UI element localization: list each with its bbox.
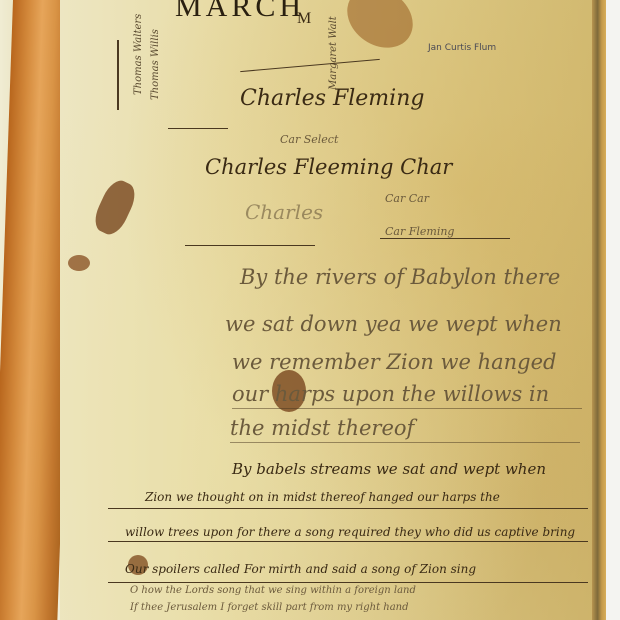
margin-note-3: Margaret Walt [328, 16, 339, 90]
background-right [606, 0, 620, 620]
heading-title: MARCH [175, 0, 305, 24]
verse2-line4: Our spoilers called For mirth and said a… [125, 562, 476, 576]
rule [108, 508, 588, 509]
verse2-line1: By babels streams we sat and wept when [232, 460, 546, 478]
verse2-line2: Zion we thought on in midst thereof hang… [145, 490, 500, 504]
rule [232, 408, 582, 409]
signature-1: Charles Fleming [240, 86, 424, 111]
rule [108, 582, 588, 583]
verse2-line6: If thee Jerusalem I forget skill part fr… [130, 602, 409, 613]
rule [168, 128, 228, 129]
signature-2: Car Select [280, 133, 338, 146]
page-edge [592, 0, 606, 620]
signature-6: Car Fleming [385, 225, 454, 238]
verse1-line5: the midst thereof [230, 416, 414, 440]
rule [108, 541, 588, 542]
margin-note-1: Thomas Walters [133, 14, 144, 95]
margin-note-2: Thomas Willis [150, 29, 161, 100]
library-stamp: Jan Curtis Flum [428, 43, 496, 53]
margin-stroke [117, 40, 119, 110]
verse1-line4: our harps upon the willows in [232, 382, 549, 406]
verse1-line2: we sat down yea we wept when [225, 312, 562, 336]
verse1-line1: By the rivers of Babylon there [240, 265, 560, 289]
rule [230, 442, 580, 443]
signature-5: Car Car [385, 192, 429, 205]
heading-initial: M [297, 10, 311, 28]
rule [380, 238, 510, 239]
signature-3: Charles Fleeming Char [205, 155, 452, 179]
verse1-line3: we remember Zion we hanged [232, 350, 557, 374]
verse2-line3: willow trees upon for there a song requi… [125, 525, 575, 539]
stain-left-2 [68, 255, 90, 271]
verse2-line5: O how the Lords song that we sing within… [130, 585, 416, 596]
rule [185, 245, 315, 246]
signature-4: Charles [245, 200, 323, 224]
